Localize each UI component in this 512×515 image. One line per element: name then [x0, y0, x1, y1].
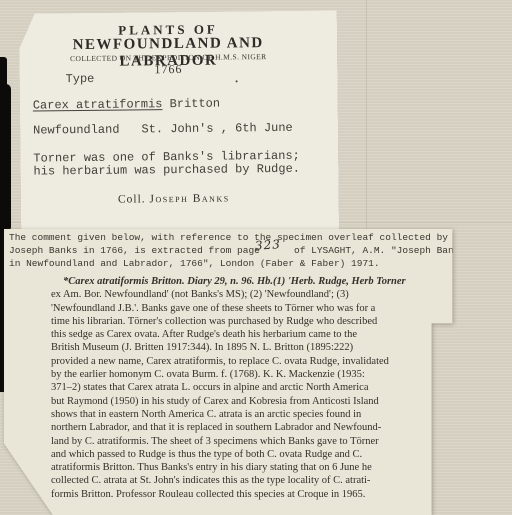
excerpt-line: provided a new name, Carex atratiformis,… [51, 355, 406, 368]
bottom-label-wrapper: The comment given below, with reference … [4, 229, 456, 515]
excerpt-line: northern Labrador, and that it is replac… [51, 421, 406, 434]
taxon-name-line: Carex atratiformis Britton [33, 97, 220, 113]
collector-line: Coll. Joseph Banks [31, 192, 317, 207]
typed-note-block: The comment given below, with reference … [9, 232, 465, 270]
excerpt-line: and which passed to Rudge is thus the ty… [51, 448, 406, 461]
excerpt-line: this sedge as Carex ovata. After Rudge's… [51, 328, 406, 341]
taxon-binomial: Carex atratiformis [33, 97, 163, 112]
paper-crease-vertical [366, 0, 367, 230]
excerpt-line: 'Newfoundland J.B.'. Banks gave one of t… [51, 302, 406, 315]
excerpt-line: land by C. atratiformis. The sheet of 3 … [51, 435, 406, 448]
typed-note-line: Joseph Banks in 1766, is extracted from … [9, 245, 465, 258]
handwritten-page-number: 323 [255, 237, 282, 253]
excerpt-line: atratiformis Britton. Thus Banks's entry… [51, 461, 406, 474]
black-scan-edge-blob [0, 84, 11, 232]
top-specimen-label: PLANTS OF NEWFOUNDLAND AND LABRADOR COLL… [19, 10, 339, 232]
bottom-annotation-label: The comment given below, with reference … [4, 229, 456, 515]
typed-note-line: The comment given below, with reference … [9, 232, 465, 245]
excerpt-line: by the earlier homonym C. ovata Burm. f.… [51, 368, 406, 381]
book-excerpt-block: *Carex atratiformis Britton. Diary 29, n… [51, 275, 406, 501]
excerpt-line: time his librarian. Törner's collection … [51, 315, 406, 328]
excerpt-line: shows that in eastern North America C. a… [51, 408, 406, 421]
excerpt-line: but Raymond (1950) in his study of Carex… [51, 395, 406, 408]
excerpt-line: ex Am. Bor. Newfoundland' (not Banks's M… [51, 288, 406, 301]
type-annotation: Type [65, 72, 94, 86]
typed-note-line: in Newfoundland and Labrador, 1766", Lon… [9, 258, 465, 271]
excerpt-line: formis Britton. Professor Rouleau collec… [51, 488, 406, 501]
locality-line: Newfoundland St. John's , 6th June [33, 121, 293, 138]
librarian-note-line2: his herbarium was purchased by Rudge. [33, 162, 300, 179]
locality-region: Newfoundland [33, 123, 120, 138]
herbarium-sheet-background: PLANTS OF NEWFOUNDLAND AND LABRADOR COLL… [0, 0, 512, 515]
collector-name: Joseph Banks [149, 192, 229, 205]
taxon-author: Britton [170, 97, 221, 112]
excerpt-line: *Carex atratiformis Britton. Diary 29, n… [51, 275, 406, 288]
ink-speck [236, 80, 238, 82]
excerpt-line: collected C. atrata at St. John's indica… [51, 474, 406, 487]
locality-detail: St. John's , 6th June [141, 121, 292, 137]
excerpt-line: 371–2) states that Carex atrata L. occur… [51, 381, 406, 394]
collector-prefix: Coll. [118, 193, 146, 205]
excerpt-line: British Museum (J. Britten 1917:344). In… [51, 341, 406, 354]
